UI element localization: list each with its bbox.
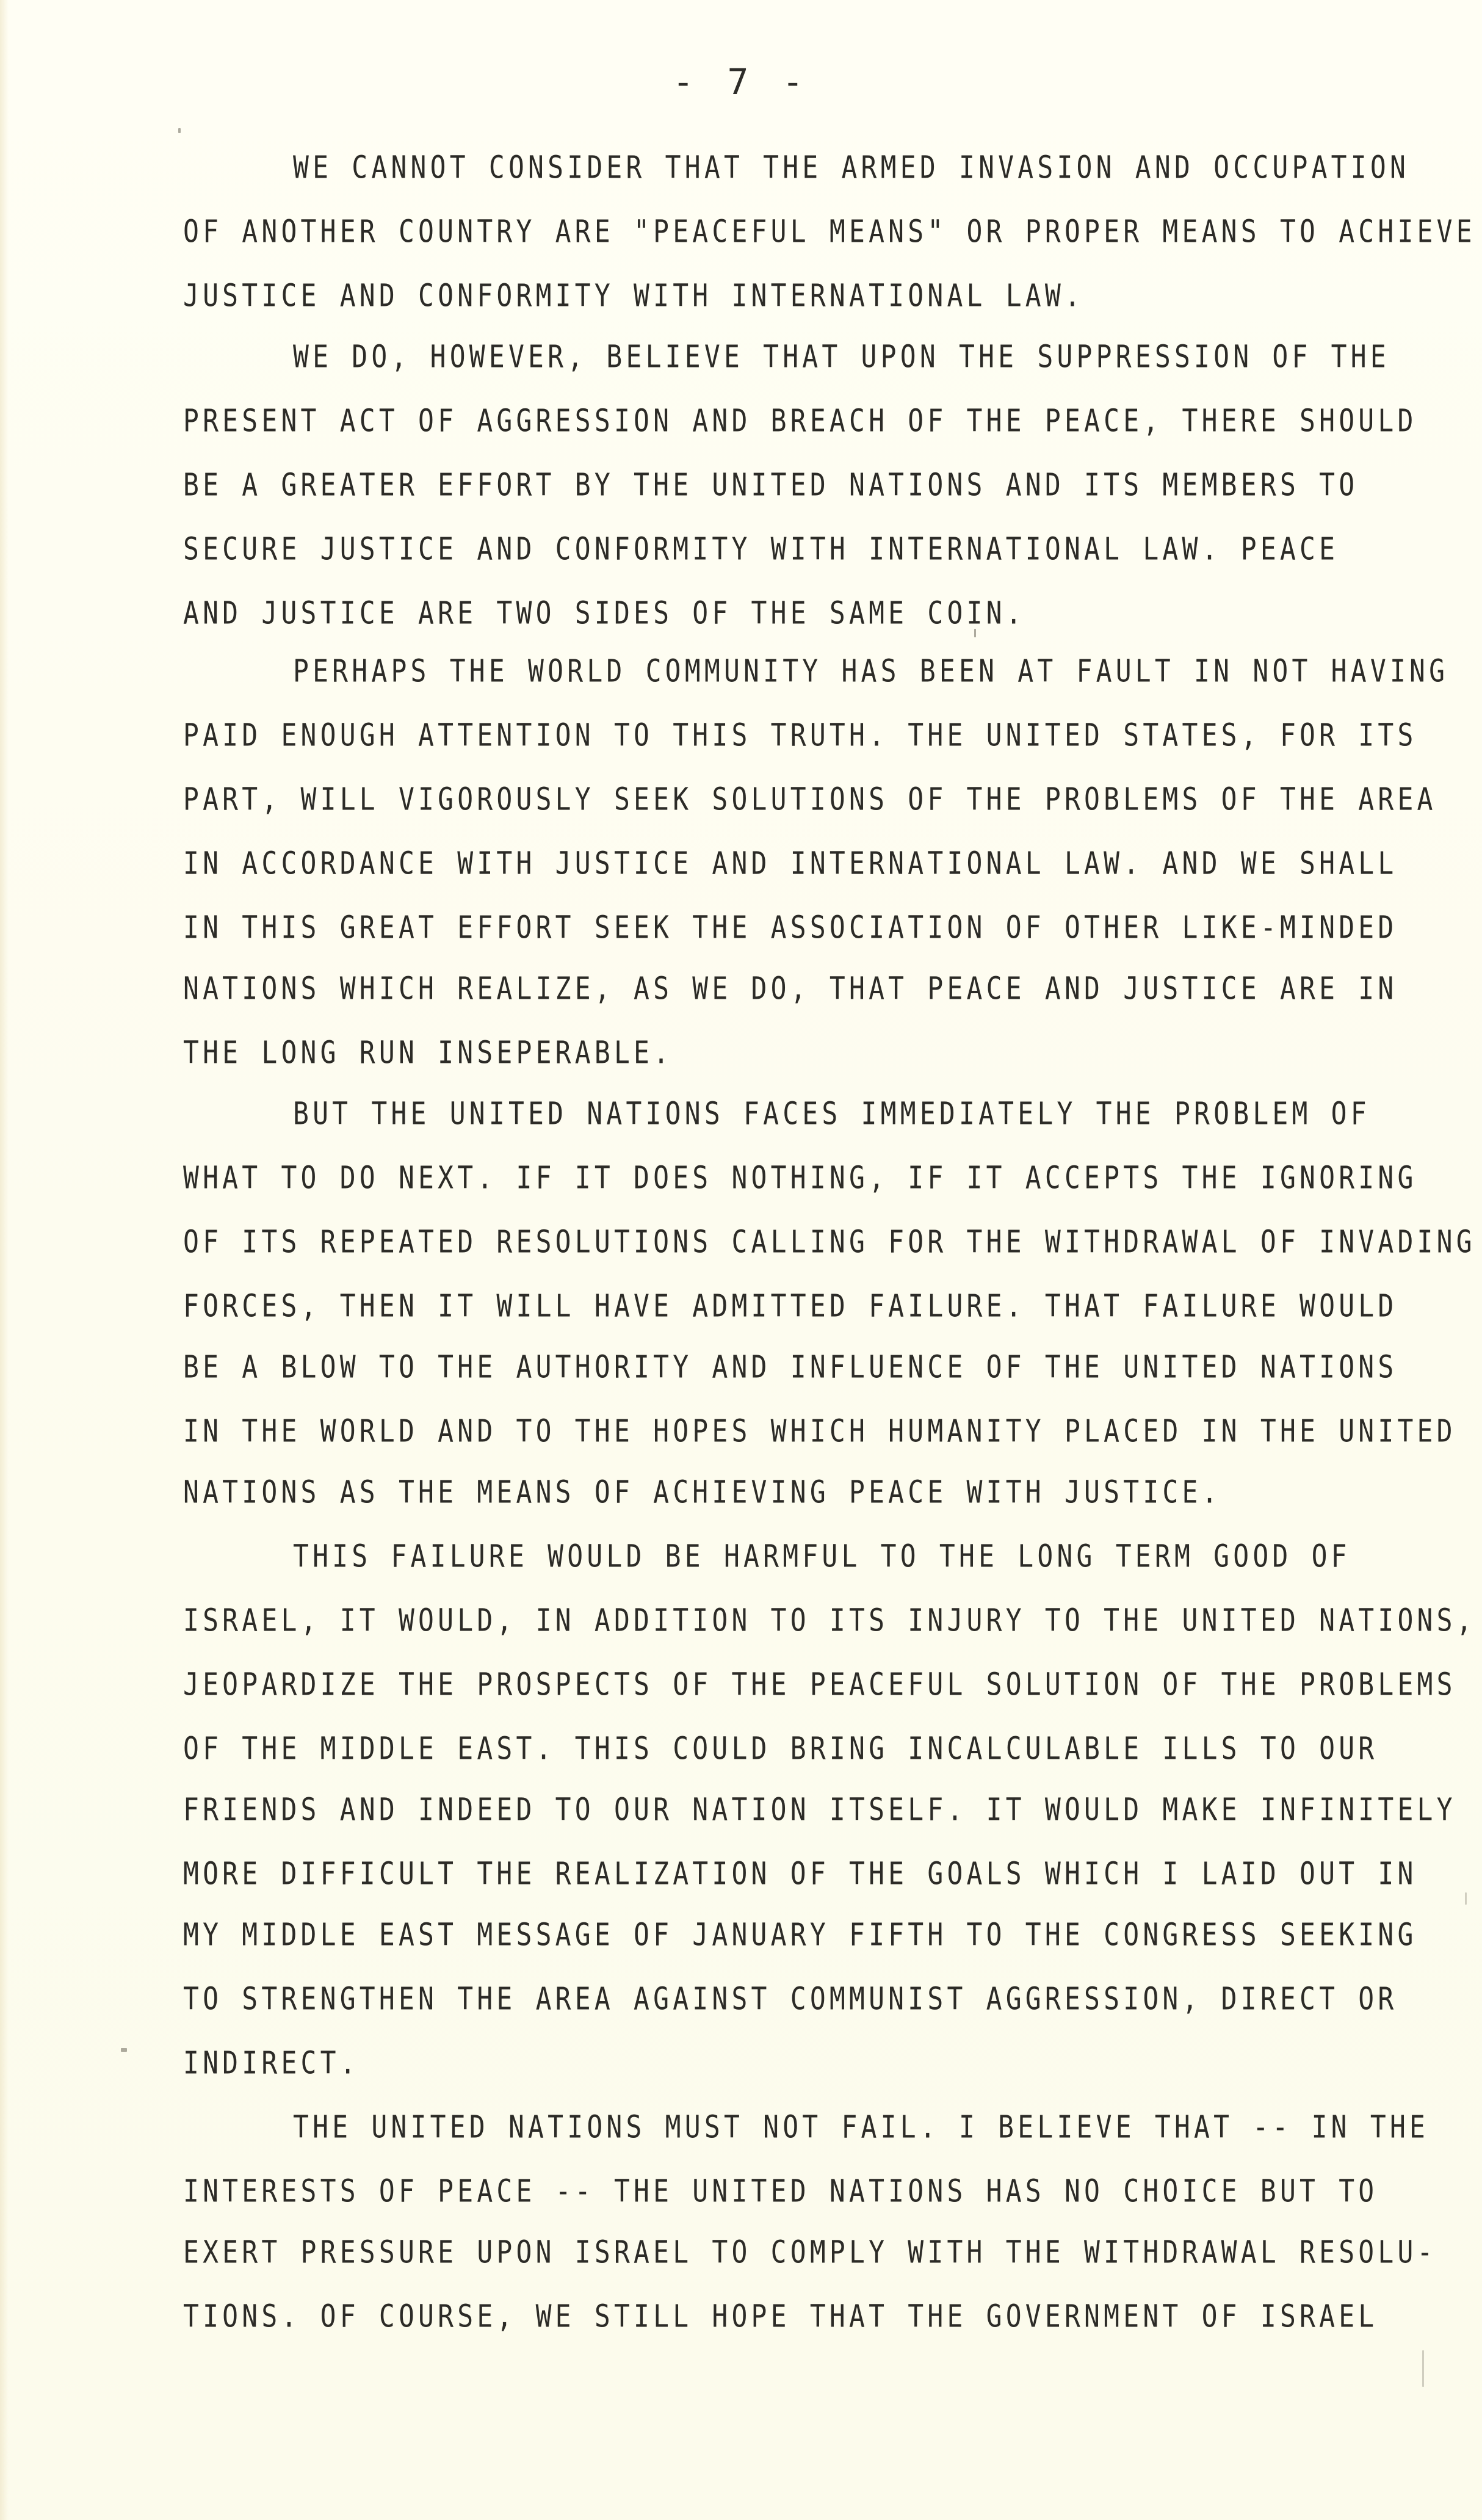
- text-line: BE A GREATER EFFORT BY THE UNITED NATION…: [183, 470, 1358, 501]
- text-line: EXERT PRESSURE UPON ISRAEL TO COMPLY WIT…: [183, 2237, 1437, 2268]
- page-number: - 7 -: [0, 61, 1482, 103]
- text-line: JEOPARDIZE THE PROSPECTS OF THE PEACEFUL…: [183, 1670, 1456, 1701]
- paper-speck: [121, 2048, 127, 2052]
- text-line: PRESENT ACT OF AGGRESSION AND BREACH OF …: [183, 406, 1417, 437]
- text-line: WE CANNOT CONSIDER THAT THE ARMED INVASI…: [293, 153, 1409, 184]
- text-line: WHAT TO DO NEXT. IF IT DOES NOTHING, IF …: [183, 1163, 1417, 1194]
- text-line: JUSTICE AND CONFORMITY WITH INTERNATIONA…: [183, 281, 1084, 312]
- paper-speck: [1465, 1892, 1467, 1905]
- text-line: MY MIDDLE EAST MESSAGE OF JANUARY FIFTH …: [183, 1920, 1417, 1951]
- text-line: MORE DIFFICULT THE REALIZATION OF THE GO…: [183, 1859, 1417, 1890]
- text-line: PERHAPS THE WORLD COMMUNITY HAS BEEN AT …: [293, 656, 1448, 687]
- text-line: NATIONS WHICH REALIZE, AS WE DO, THAT PE…: [183, 974, 1397, 1005]
- text-line: PART, WILL VIGOROUSLY SEEK SOLUTIONS OF …: [183, 784, 1437, 816]
- text-line: ISRAEL, IT WOULD, IN ADDITION TO ITS INJ…: [183, 1606, 1476, 1637]
- typewritten-page: - 7 - WE CANNOT CONSIDER THAT THE ARMED …: [0, 0, 1482, 2520]
- text-line: PAID ENOUGH ATTENTION TO THIS TRUTH. THE…: [183, 720, 1417, 751]
- text-line: BE A BLOW TO THE AUTHORITY AND INFLUENCE…: [183, 1352, 1397, 1383]
- text-line: INTERESTS OF PEACE -- THE UNITED NATIONS…: [183, 2176, 1378, 2207]
- text-line: FORCES, THEN IT WILL HAVE ADMITTED FAILU…: [183, 1291, 1397, 1322]
- paper-speck: [1422, 2350, 1424, 2387]
- text-line: FRIENDS AND INDEED TO OUR NATION ITSELF.…: [183, 1795, 1456, 1826]
- paper-speck: [178, 128, 181, 133]
- text-line: TIONS. OF COURSE, WE STILL HOPE THAT THE…: [183, 2301, 1378, 2333]
- text-line: SECURE JUSTICE AND CONFORMITY WITH INTER…: [183, 534, 1339, 565]
- text-line: WE DO, HOWEVER, BELIEVE THAT UPON THE SU…: [293, 342, 1390, 373]
- text-line: THIS FAILURE WOULD BE HARMFUL TO THE LON…: [293, 1541, 1351, 1573]
- text-line: AND JUSTICE ARE TWO SIDES OF THE SAME CO…: [183, 598, 1025, 629]
- paper-speck: [974, 629, 976, 637]
- text-line: OF THE MIDDLE EAST. THIS COULD BRING INC…: [183, 1734, 1378, 1765]
- text-line: OF ITS REPEATED RESOLUTIONS CALLING FOR …: [183, 1227, 1476, 1258]
- paper-edge-stain: [0, 0, 9, 2520]
- text-line: INDIRECT.: [183, 2048, 360, 2079]
- text-line: THE UNITED NATIONS MUST NOT FAIL. I BELI…: [293, 2112, 1429, 2143]
- text-line: BUT THE UNITED NATIONS FACES IMMEDIATELY…: [293, 1099, 1370, 1130]
- text-line: IN THE WORLD AND TO THE HOPES WHICH HUMA…: [183, 1416, 1456, 1447]
- text-line: IN ACCORDANCE WITH JUSTICE AND INTERNATI…: [183, 849, 1397, 880]
- text-line: THE LONG RUN INSEPERABLE.: [183, 1038, 673, 1069]
- text-line: TO STRENGTHEN THE AREA AGAINST COMMUNIST…: [183, 1984, 1397, 2015]
- text-line: NATIONS AS THE MEANS OF ACHIEVING PEACE …: [183, 1477, 1221, 1508]
- text-line: IN THIS GREAT EFFORT SEEK THE ASSOCIATIO…: [183, 913, 1397, 944]
- text-line: OF ANOTHER COUNTRY ARE "PEACEFUL MEANS" …: [183, 217, 1476, 248]
